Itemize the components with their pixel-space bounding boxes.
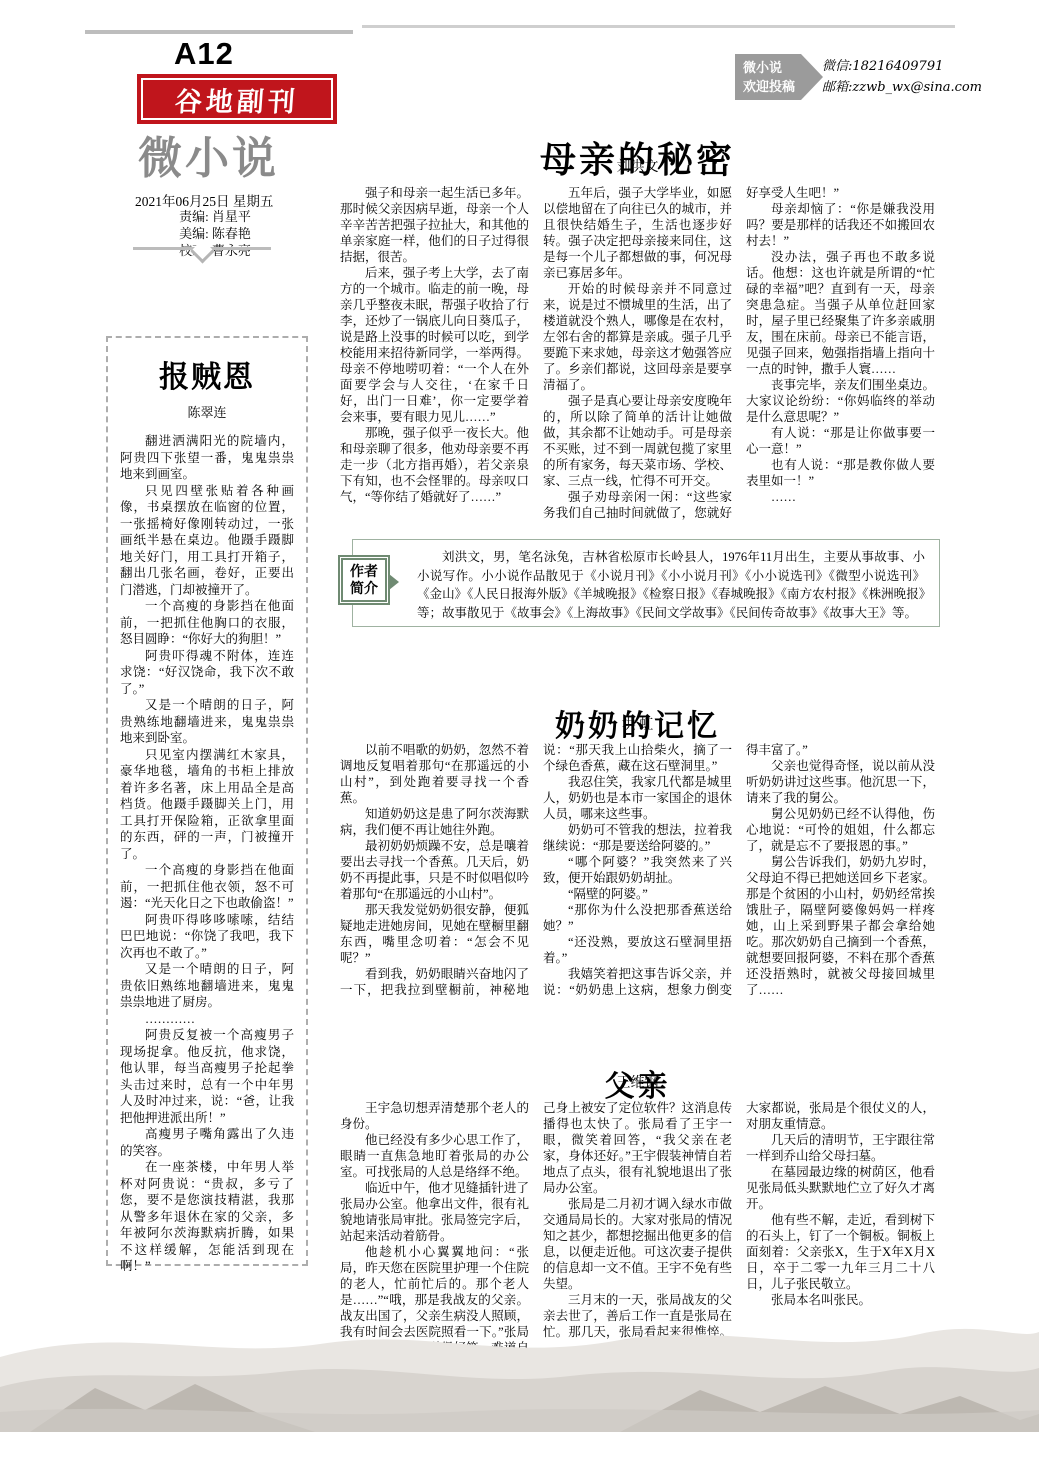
paragraph: 强子是真心要让母亲安度晚年的，所以除了简单的活计让她做做，其余都不让她动手。可是…	[543, 393, 732, 489]
contact-block: 微信:18216409791 邮箱:zzwb_wx@sina.com	[822, 56, 982, 98]
credit-art-editor: 美编: 陈春艳	[135, 225, 295, 242]
credits-block: 责编: 肖星平 美编: 陈春艳 校对: 曹永亮	[135, 208, 295, 259]
paragraph: 那天我发觉奶奶很安静，便狐疑地走进她房间，见她在壁橱里翻东西，嘴里念叨着：“怎会…	[340, 902, 529, 966]
sidebar-story-baozeien: 报贼恩 陈翠连 翻进洒满阳光的院墙内，阿贵四下张望一番，鬼鬼祟祟地来到画室。只见…	[106, 336, 308, 1266]
paragraph: 又是一个晴朗的日子，阿贵熟练地翻墙进来，鬼鬼祟祟地来到卧室。	[120, 697, 294, 747]
paragraph: 舅公告诉我们，奶奶九岁时，父母迫不得已把她送回乡下老家。那是个贫困的小山村，奶奶…	[746, 854, 935, 998]
paragraph: 知道奶奶这是患了阿尔茨海默病，我们便不再让她往外跑。	[340, 806, 529, 838]
story-body-grandma: 以前不唱歌的奶奶，忽然不着调地反复唱着那句“在那遥远的小山村”，到处跑着要寻找一…	[340, 742, 935, 1012]
paragraph: 那晚，强子似乎一夜长大。他和母亲聊了很多，他劝母亲要不再走一步（北方指再婚），若…	[340, 425, 529, 505]
paragraph: 一个高瘦的身影挡在他面前，一把抓住他衣领，怒不可遏：“光天化日之下也敢偷盗！”	[120, 862, 294, 912]
bio-label-line1: 作者	[350, 563, 378, 580]
paragraph: 一个高瘦的身影挡在他面前，一把抓住他胸口的衣服，怒目圆睁：“你好大的狗胆！”	[120, 598, 294, 648]
bio-label-line2: 简介	[350, 580, 378, 597]
paragraph: 最初奶奶烦躁不安，总是嚷着要出去寻找一个香蕉。几天后，奶奶不再提此事，只是不时似…	[340, 838, 529, 902]
paragraph: 在一座茶楼，中年男人举杯对阿贵说：“贵叔，多亏了您，要不是您演技精湛，我那从警多…	[120, 1159, 294, 1275]
issue-date: 2021年06月25日 星期五	[135, 190, 375, 210]
paragraph: 没办法，强子再也不敢多说话。他想：这也许就是所谓的“忙碌的幸福”吧？直到有一天，…	[746, 249, 935, 377]
paragraph: “那你为什么没把那香蕉送给她？”	[543, 902, 732, 934]
top-rule-right	[362, 25, 955, 28]
paragraph: 以前不唱歌的奶奶，忽然不着调地反复唱着那句“在那遥远的小山村”，到处跑着要寻找一…	[340, 742, 529, 806]
story-author-grandma: 洪 虹	[340, 714, 935, 734]
arrow-tip-icon	[801, 54, 823, 100]
paragraph: 开始的时候母亲并不同意过来，说是过不惯城里的生活，出了楼道就没个熟人，哪像是在农…	[543, 281, 732, 393]
submission-line1: 微小说	[743, 58, 795, 77]
top-rule-left	[85, 30, 353, 34]
paragraph: 只见四壁张贴着各种画像，书桌摆放在临窗的位置，一张摇椅好像刚转动过，一张画纸半悬…	[120, 483, 294, 599]
paragraph: ……	[746, 489, 935, 505]
paragraph: 只见室内摆满红木家具，豪华地毯，墙角的书柜上排放着许多名著，床上用品全是高档货。…	[120, 747, 294, 863]
submission-label: 微小说 欢迎投稿	[735, 54, 801, 100]
paragraph: 强子和母亲一起生活已多年。那时候父亲因病早逝，母亲一个人辛辛苦苦把强子拉扯大，和…	[340, 185, 529, 265]
credit-editor: 责编: 肖星平	[135, 208, 295, 225]
paragraph: “隔壁的阿婆。”	[543, 886, 732, 902]
email-contact: 邮箱:zzwb_wx@sina.com	[822, 77, 982, 98]
author-bio-label: 作者 简介	[338, 555, 390, 605]
story-body-mother: 强子和母亲一起生活已多年。那时候父亲因病早逝，母亲一个人辛辛苦苦把强子拉扯大，和…	[340, 185, 935, 529]
paragraph: 又是一个晴朗的日子，阿贵依旧熟练地翻墙进来，鬼鬼祟祟地进了厨房。	[120, 961, 294, 1011]
paragraph: 母亲却恼了：“你是嫌我没用吗？要是那样的话我还不如搬回农村去！”	[746, 201, 935, 249]
paragraph: 临近中午，他才见缝插针进了张局办公室。他拿出文件，很有礼貌地请张局审批。张局签完…	[340, 1180, 529, 1244]
section-title: 微小说	[138, 122, 338, 186]
masthead-stamp: 谷地副刊	[137, 74, 337, 124]
paragraph: 在墓园最边缘的树荫区，他看见张局低头默默地伫立了好久才离开。	[746, 1164, 935, 1212]
submission-line2: 欢迎投稿	[743, 77, 795, 96]
story-body-baozeien: 翻进洒满阳光的院墙内，阿贵四下张望一番，鬼鬼祟祟地来到画室。只见四壁张贴着各种画…	[120, 433, 294, 1275]
paragraph: 丧事完毕，亲友们围坐桌边。大家议论纷纷：“你妈临终的举动是什么意思呢？”	[746, 377, 935, 425]
paragraph: 有人说：“那是让你做事要一心一意！”	[746, 425, 935, 457]
paragraph: 我忍住笑，我家几代都是城里人，奶奶也是本市一家国企的退休人员，哪来这些事。	[543, 774, 732, 822]
paragraph: 王宇急切想弄清楚那个老人的身份。	[340, 1100, 529, 1132]
paragraph: 阿贵反复被一个高瘦男子现场捉拿。他反抗，他求饶，他认罪，每当高瘦男子抡起拳头击过…	[120, 1027, 294, 1126]
paragraph: “哪个阿婆？”我突然来了兴致，便开始跟奶奶胡扯。	[543, 854, 732, 886]
masthead-brand: 谷地副刊	[174, 80, 301, 119]
credit-proofreader: 校对: 曹永亮	[135, 242, 295, 259]
paragraph: “还没熟，要放这石壁洞里捂着。”	[543, 934, 732, 966]
paragraph: 翻进洒满阳光的院墙内，阿贵四下张望一番，鬼鬼祟祟地来到画室。	[120, 433, 294, 483]
paragraph: 他已经没有多少心思工作了，眼睛一直焦急地盯着张局的办公室。可找张局的人总是络绎不…	[340, 1132, 529, 1180]
mountains-watermark-image	[0, 1262, 1039, 1432]
paragraph: 后来，强子考上大学，去了南方的一个城市。临走的前一晚，母亲几乎整夜未眠，帮强子收…	[340, 265, 529, 425]
wechat-contact: 微信:18216409791	[822, 56, 982, 77]
paragraph: 高瘦男子嘴角露出了久违的笑容。	[120, 1126, 294, 1159]
paragraph: 舅公见奶奶已经不认得他，伤心地说：“可怜的姐姐，什么都忘了，就是忘不了要报恩的事…	[746, 806, 935, 854]
story-author-baozeien: 陈翠连	[120, 402, 294, 421]
paragraph: 父亲也觉得奇怪，说以前从没听奶奶讲过这些事。他沉思一下，请来了我的舅公。	[746, 758, 935, 806]
newspaper-page: A12 谷地副刊 微小说 2021年06月25日 星期五 责编: 肖星平 美编:…	[0, 0, 1039, 1459]
paragraph: 五年后，强子大学毕业，如愿以偿地留在了向往已久的城市，并且很快结婚生子，生活也逐…	[543, 185, 732, 281]
author-bio-text: 刘洪文，男，笔名泳兔，吉林省松原市长岭县人，1976年11月出生，主要从事故事、…	[417, 548, 925, 622]
page-number: A12	[174, 36, 234, 72]
paragraph: 阿贵吓得哆哆嗦嗦，结结巴巴地说：“你饶了我吧，我下次再也不敢了。”	[120, 912, 294, 962]
story-author-mother: 刘洪文	[340, 156, 935, 176]
submission-arrow: 微小说 欢迎投稿	[735, 54, 823, 100]
story-author-father: 王维钢	[340, 1072, 935, 1092]
paragraph: …………	[120, 1011, 294, 1028]
story-title-baozeien: 报贼恩	[120, 352, 294, 396]
paragraph: 奶奶可不管我的想法，拉着我继续说：“那是要送给阿婆的。”	[543, 822, 732, 854]
author-bio-box: 作者 简介 刘洪文，男，笔名泳兔，吉林省松原市长岭县人，1976年11月出生，主…	[352, 539, 940, 627]
paragraph: 阿贵吓得魂不附体，连连求饶：“好汉饶命，我下次不敢了。”	[120, 648, 294, 698]
paragraph: 也有人说：“那是教你做人要表里如一！”	[746, 457, 935, 489]
paragraph: 几天后的清明节，王宇跟往常一样到乔山给父母扫墓。	[746, 1132, 935, 1164]
